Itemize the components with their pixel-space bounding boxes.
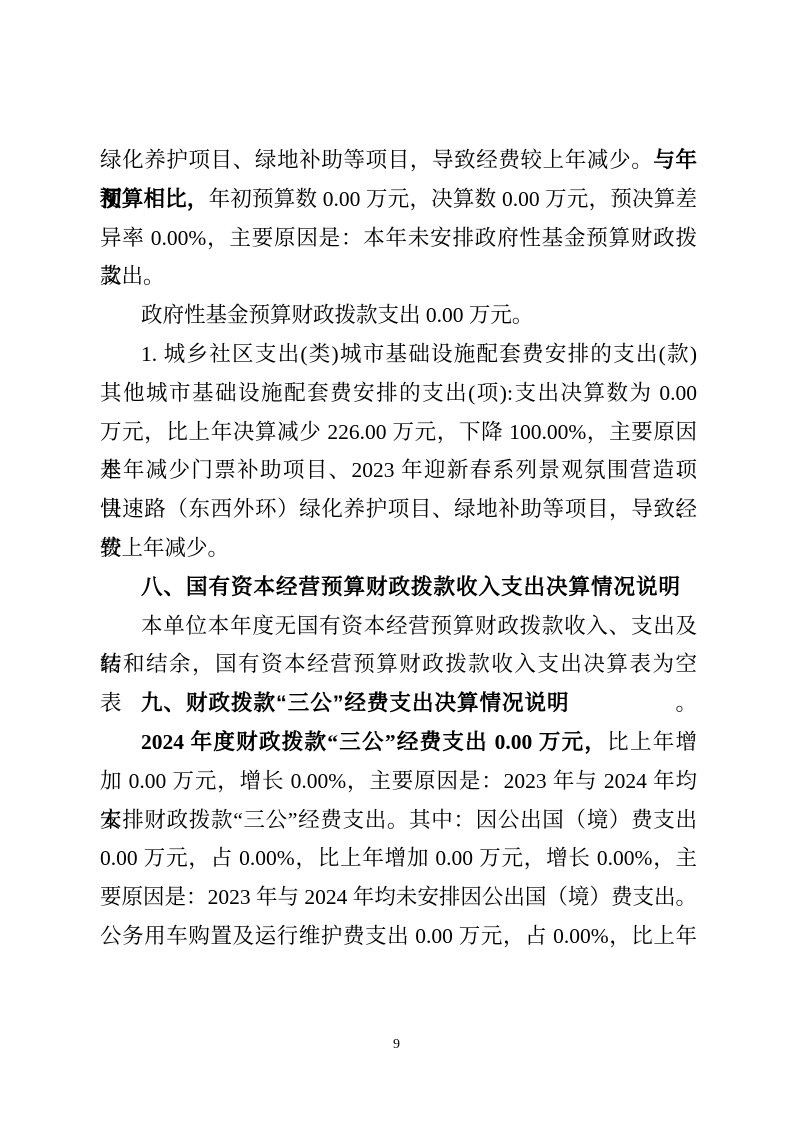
text-segment: 年初预算数 0.00 万元，决算数 0.00 万元，预决算差 <box>209 187 697 211</box>
text-line: 要原因是：2023 年与 2024 年均未安排因公出国（境）费支出。 <box>100 878 697 917</box>
document-body: 绿化养护项目、绿地补助等项目，导致经费较上年减少。与年初预算相比，年初预算数 0… <box>100 141 697 956</box>
page-number: 9 <box>0 1037 793 1053</box>
text-line: 绿化养护项目、绿地补助等项目，导致经费较上年减少。与年初 <box>100 141 697 180</box>
text-line: 政府性基金预算财政拨款支出 0.00 万元。 <box>100 296 697 335</box>
text-line: 异率 0.00%，主要原因是：本年未安排政府性基金预算财政拨款 <box>100 219 697 258</box>
text-segment: 预算相比， <box>100 187 209 211</box>
text-line: 快速路（东西外环）绿化养护项目、绿地补助等项目，导致经费 <box>100 490 697 529</box>
text-line: 2024 年度财政拨款“三公”经费支出 0.00 万元，比上年增 <box>100 723 697 762</box>
document-page: 绿化养护项目、绿地补助等项目，导致经费较上年减少。与年初预算相比，年初预算数 0… <box>0 0 793 1122</box>
text-line: 本单位本年度无国有资本经营预算财政拨款收入、支出及结 <box>100 607 697 646</box>
text-line: 本年减少门票补助项目、2023 年迎新春系列景观氛围营造项目、 <box>100 451 697 490</box>
text-line: 万元，比上年决算减少 226.00 万元，下降 100.00%，主要原因是： <box>100 413 697 452</box>
text-segment: 政府性基金预算财政拨款支出 0.00 万元。 <box>141 303 533 327</box>
text-segment: 2024 年度财政拨款“三公”经费支出 0.00 万元， <box>141 730 607 754</box>
text-line: 支出。 <box>100 257 697 296</box>
text-segment: 要原因是：2023 年与 2024 年均未安排因公出国（境）费支出。 <box>100 885 697 909</box>
text-segment: 其他城市基础设施配套费安排的支出(项):支出决算数为 0.00 <box>100 381 697 405</box>
text-segment: 八、国有资本经营预算财政拨款收入支出决算情况说明 <box>141 575 681 599</box>
text-line: 公务用车购置及运行维护费支出 0.00 万元，占 0.00%，比上年 <box>100 917 697 956</box>
text-line: 较上年减少。 <box>100 529 697 568</box>
text-line: 加 0.00 万元，增长 0.00%，主要原因是：2023 年与 2024 年均… <box>100 762 697 801</box>
text-segment: 公务用车购置及运行维护费支出 0.00 万元，占 0.00%，比上年 <box>100 924 697 948</box>
text-segment: 安排财政拨款“三公”经费支出。其中：因公出国（境）费支出 <box>100 808 697 832</box>
text-line: 预算相比，年初预算数 0.00 万元，决算数 0.00 万元，预决算差 <box>100 180 697 219</box>
text-line: 1. 城乡社区支出(类)城市基础设施配套费安排的支出(款) <box>100 335 697 374</box>
section-heading: 八、国有资本经营预算财政拨款收入支出决算情况说明 <box>100 568 697 607</box>
text-segment: 1. 城乡社区支出(类)城市基础设施配套费安排的支出(款) <box>141 342 697 366</box>
text-segment: 较上年减少。 <box>100 536 229 560</box>
text-segment: 比上年增 <box>607 730 697 754</box>
text-segment: 九、财政拨款“三公”经费支出决算情况说明 <box>141 691 570 715</box>
text-line: 安排财政拨款“三公”经费支出。其中：因公出国（境）费支出 <box>100 801 697 840</box>
text-line: 0.00 万元，占 0.00%，比上年增加 0.00 万元，增长 0.00%，主 <box>100 839 697 878</box>
text-segment: 绿化养护项目、绿地补助等项目，导致经费较上年减少。 <box>100 148 653 172</box>
text-line: 其他城市基础设施配套费安排的支出(项):支出决算数为 0.00 <box>100 374 697 413</box>
text-line: 转和结余，国有资本经营预算财政拨款收入支出决算表为空表。 <box>100 645 697 684</box>
text-segment: 支出。 <box>100 264 165 288</box>
text-segment: 0.00 万元，占 0.00%，比上年增加 0.00 万元，增长 0.00%，主 <box>100 846 697 870</box>
